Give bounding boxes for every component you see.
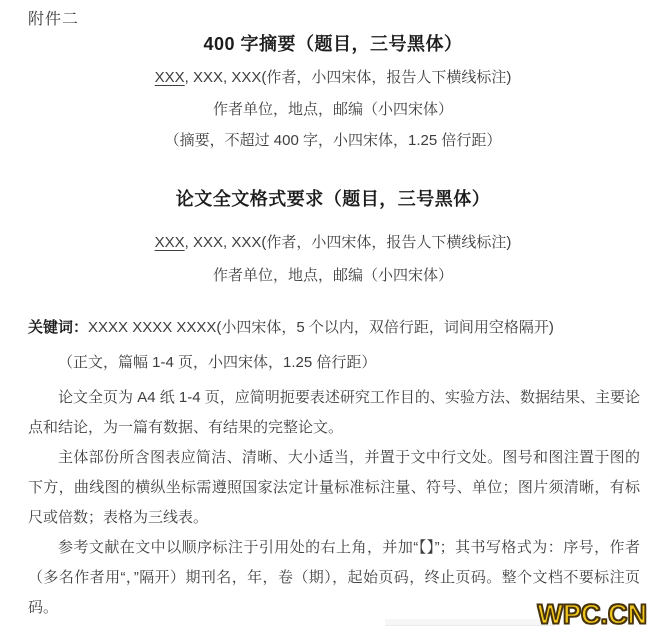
body-paragraphs: 论文全页为 A4 纸 1-4 页，应简明扼要表述研究工作目的、实验方法、数据结果… [28, 383, 640, 623]
keywords-label: 关键词： [28, 319, 88, 336]
fulltext-affiliation-line: 作者单位，地点，邮编（小四宋体） [0, 264, 666, 285]
abstract-affiliation-line: 作者单位，地点，邮编（小四宋体） [0, 98, 666, 119]
abstract-section-title: 400 字摘要（题目，三号黑体） [0, 30, 666, 56]
keywords-value: XXXX XXXX XXXX(小四宋体，5 个以内，双倍行距，词间用空格隔开) [88, 319, 554, 336]
faint-divider [385, 619, 555, 626]
fulltext-authors-line: XXX, XXX, XXX(作者，小四宋体，报告人下横线标注) [0, 231, 666, 252]
fulltext-authors-rest: , XXX, XXX(作者，小四宋体，报告人下横线标注) [185, 234, 512, 251]
fulltext-author-underlined: XXX [155, 234, 185, 251]
body-format-note: （正文，篇幅 1-4 页，小四宋体，1.25 倍行距） [58, 351, 376, 372]
keywords-line: 关键词：XXXX XXXX XXXX(小四宋体，5 个以内，双倍行距，词间用空格… [28, 316, 640, 337]
document-page: 附件二 400 字摘要（题目，三号黑体） XXX, XXX, XXX(作者，小四… [0, 0, 666, 640]
abstract-authors-rest: , XXX, XXX(作者，小四宋体，报告人下横线标注) [185, 69, 512, 86]
abstract-authors-line: XXX, XXX, XXX(作者，小四宋体，报告人下横线标注) [0, 66, 666, 87]
abstract-note-line: （摘要，不超过 400 字，小四宋体，1.25 倍行距） [0, 129, 666, 150]
paragraph-page-requirements: 论文全页为 A4 纸 1-4 页，应简明扼要表述研究工作目的、实验方法、数据结果… [28, 383, 640, 443]
abstract-author-underlined: XXX [155, 69, 185, 86]
fulltext-section-title: 论文全文格式要求（题目，三号黑体） [0, 185, 666, 211]
wpc-watermark: WPC.CN [538, 598, 648, 630]
attachment-label: 附件二 [28, 6, 79, 29]
paragraph-figures-tables: 主体部份所含图表应简洁、清晰、大小适当，并置于文中行文处。图号和图注置于图的下方… [28, 443, 640, 533]
